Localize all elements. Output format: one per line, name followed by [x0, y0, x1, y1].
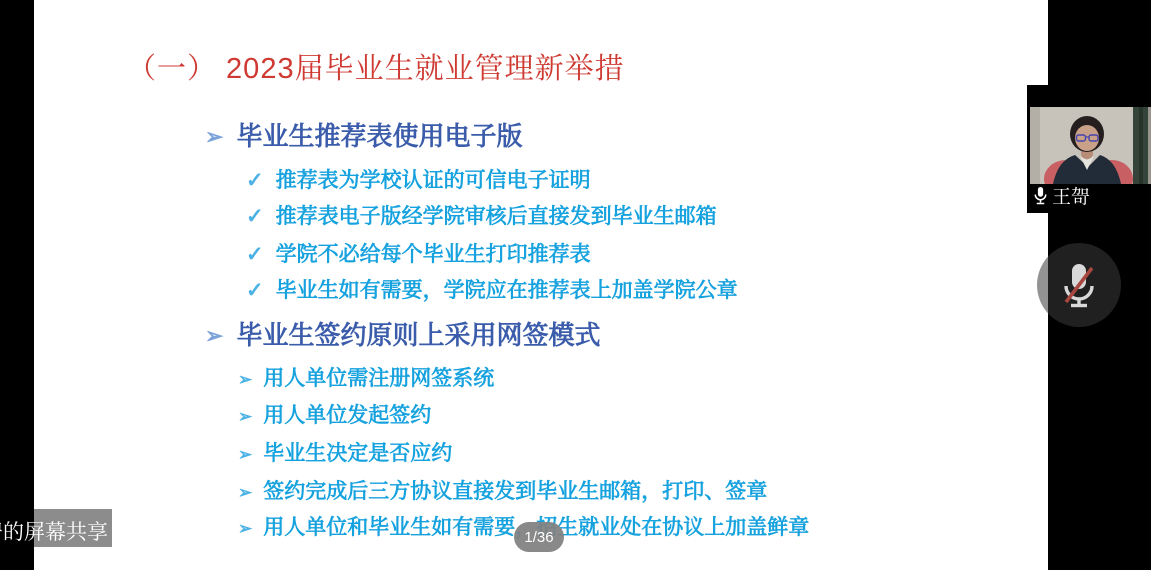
bullet-arrow-icon: ➢	[238, 370, 252, 390]
screen-share-label: 哿的屏幕共享	[0, 516, 108, 546]
list-item-text: 毕业生如有需要，学院应在推荐表上加盖学院公章	[276, 274, 738, 304]
bullet-arrow-icon: ➢	[238, 519, 252, 539]
list-item-text: 推荐表电子版经学院审核后直接发到毕业生邮箱	[276, 200, 717, 230]
list-item: ✓ 毕业生如有需要，学院应在推荐表上加盖学院公章	[246, 274, 738, 304]
check-icon: ✓	[246, 204, 264, 229]
microphone-icon	[1033, 186, 1048, 206]
list-item-text: 推荐表为学校认证的可信电子证明	[276, 164, 591, 194]
list-item-text: 学院不必给每个毕业生打印推荐表	[276, 238, 591, 268]
section-heading-text: 毕业生推荐表使用电子版	[236, 116, 522, 153]
bullet-arrow-icon: ➢	[205, 323, 223, 349]
list-item: ➢ 用人单位需注册网签系统	[238, 362, 494, 392]
bullet-arrow-icon: ➢	[238, 445, 252, 465]
list-item: ➢ 签约完成后三方协议直接发到毕业生邮箱，打印、签章	[238, 475, 767, 505]
bullet-arrow-icon: ➢	[238, 483, 252, 503]
list-item: ✓ 推荐表电子版经学院审核后直接发到毕业生邮箱	[246, 200, 717, 230]
check-icon: ✓	[246, 168, 264, 193]
participant-name: 王哿	[1052, 182, 1090, 209]
list-item: ➢ 毕业生决定是否应约	[238, 437, 452, 467]
letterbox-left	[0, 0, 34, 570]
participant-video	[1030, 107, 1151, 184]
section-heading-2: ➢ 毕业生签约原则上采用网签模式	[205, 315, 600, 352]
participant-video-tile[interactable]: 王哿	[1027, 85, 1151, 213]
check-icon: ✓	[246, 278, 264, 303]
check-icon: ✓	[246, 242, 264, 267]
section-heading-1: ➢ 毕业生推荐表使用电子版	[205, 116, 522, 153]
microphone-muted-button[interactable]	[1037, 243, 1121, 327]
bullet-arrow-icon: ➢	[238, 407, 252, 427]
list-item-text: 毕业生决定是否应约	[263, 437, 452, 467]
meeting-window: （一） 2023届毕业生就业管理新举措 ➢ 毕业生推荐表使用电子版 ✓ 推荐表为…	[0, 0, 1151, 570]
list-item: ✓ 推荐表为学校认证的可信电子证明	[246, 164, 591, 194]
list-item: ➢ 用人单位发起签约	[238, 399, 431, 429]
bullet-arrow-icon: ➢	[205, 124, 223, 150]
section-heading-text: 毕业生签约原则上采用网签模式	[236, 315, 600, 352]
participant-name-label: 王哿	[1033, 182, 1090, 209]
list-item-text: 用人单位需注册网签系统	[263, 362, 494, 392]
microphone-muted-icon	[1058, 260, 1100, 310]
page-indicator: 1/36	[514, 522, 564, 552]
list-item-text: 签约完成后三方协议直接发到毕业生邮箱，打印、签章	[263, 475, 767, 505]
list-item: ✓ 学院不必给每个毕业生打印推荐表	[246, 238, 591, 268]
list-item-text: 用人单位发起签约	[263, 399, 431, 429]
page-indicator-text: 1/36	[524, 529, 553, 546]
slide-title: （一） 2023届毕业生就业管理新举措	[127, 46, 625, 87]
